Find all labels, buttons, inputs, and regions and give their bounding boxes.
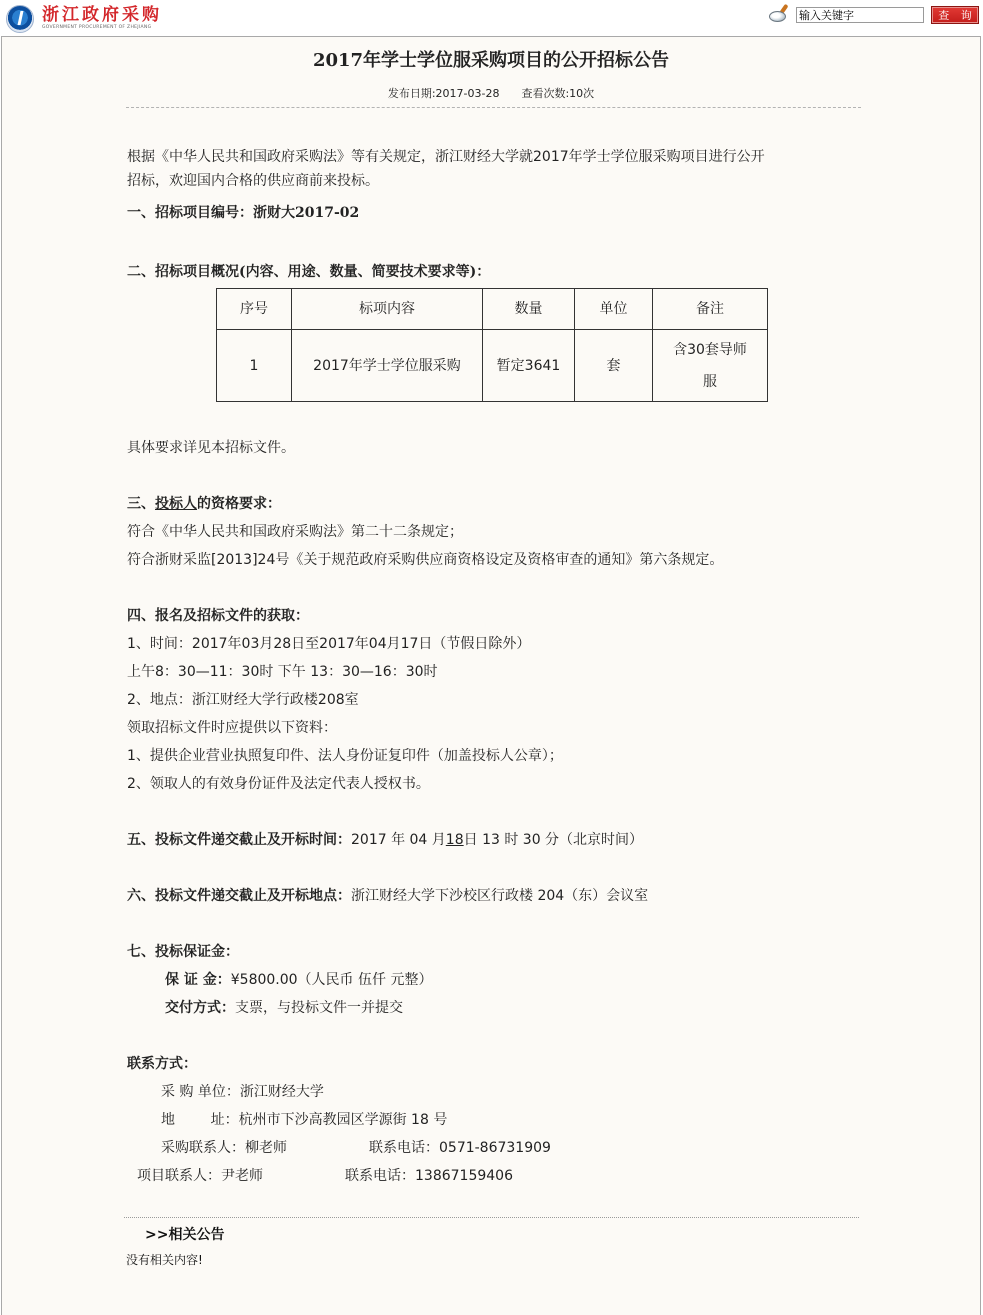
intro-text: 招标，欢迎国内合格的供应商前来投标。 bbox=[127, 170, 379, 190]
search-button[interactable]: 查 询 bbox=[931, 6, 979, 24]
deadline-line: 五、投标文件递交截止及开标时间：2017 年 04 月18日 13 时 30 分… bbox=[127, 829, 643, 849]
registration-time: 1、时间：2017年03月28日至2017年04月17日（节假日除外） bbox=[127, 633, 530, 653]
payment-line: 交付方式：支票，与投标文件一并提交 bbox=[165, 997, 403, 1017]
location-label: 六、投标文件递交截止及开标地点： bbox=[127, 888, 351, 904]
project-contact-phone: 联系电话：13867159406 bbox=[345, 1165, 513, 1185]
material-item: 1、提供企业营业执照复印件、法人身份证复印件（加盖投标人公章）； bbox=[127, 745, 563, 765]
search-input[interactable] bbox=[796, 7, 924, 23]
materials-heading: 领取招标文件时应提供以下资料： bbox=[127, 717, 337, 737]
deposit-label: 保 证 金： bbox=[165, 972, 231, 988]
deadline-day: 18 bbox=[446, 832, 464, 848]
table-header-cell: 备注 bbox=[653, 289, 768, 330]
deadline-label: 五、投标文件递交截止及开标时间： bbox=[127, 832, 351, 848]
deposit-value: ¥5800.00（人民币 伍仟 元整） bbox=[231, 972, 433, 988]
intro-text: 根据《中华人民共和国政府采购法》等有关规定，浙江财经大学就2017年学士学位服采… bbox=[127, 146, 765, 166]
logo-title: 浙江政府采购 bbox=[42, 7, 162, 24]
related-notices-title: >>相关公告 bbox=[145, 1224, 224, 1244]
items-table: 序号 标项内容 数量 单位 备注 1 2017年学士学位服采购 暂定3641 套… bbox=[216, 288, 768, 402]
table-cell: 暂定3641 bbox=[483, 330, 575, 402]
deposit-line: 保 证 金：¥5800.00（人民币 伍仟 元整） bbox=[165, 969, 432, 989]
divider bbox=[124, 1217, 859, 1218]
qualification-item: 符合浙财采监[2013]24号《关于规范政府采购供应商资格设定及资格审查的通知》… bbox=[127, 549, 723, 569]
table-cell: 含30套导师 服 bbox=[653, 330, 768, 402]
purchase-contact-phone: 联系电话：0571-86731909 bbox=[369, 1137, 551, 1157]
table-header-row: 序号 标项内容 数量 单位 备注 bbox=[217, 289, 768, 330]
view-count: 查看次数:10次 bbox=[521, 87, 594, 100]
material-item: 2、领取人的有效身份证件及法定代表人授权书。 bbox=[127, 773, 430, 793]
site-logo[interactable]: 浙江政府采购 GOVERNMENT PROCUREMENT OF ZHEJIAN… bbox=[6, 4, 162, 34]
deadline-value: 2017 年 04 月 bbox=[351, 832, 446, 848]
address-value: 杭州市下沙高教园区学源街 18 号 bbox=[239, 1112, 448, 1128]
table-cell: 套 bbox=[575, 330, 653, 402]
registration-place: 2、地点：浙江财经大学行政楼208室 bbox=[127, 689, 359, 709]
table-row: 1 2017年学士学位服采购 暂定3641 套 含30套导师 服 bbox=[217, 330, 768, 402]
details-note: 具体要求详见本招标文件。 bbox=[127, 437, 295, 457]
section-heading: 三、投标人的资格要求： bbox=[127, 493, 281, 513]
registration-hours: 上午8：30—11：30时 下午 13：30—16：30时 bbox=[127, 661, 438, 681]
page-title: 2017年学士学位服采购项目的公开招标公告 bbox=[2, 46, 980, 72]
table-header-cell: 数量 bbox=[483, 289, 575, 330]
table-header-cell: 标项内容 bbox=[292, 289, 483, 330]
purchase-contact-person: 采购联系人：柳老师 bbox=[161, 1137, 287, 1157]
publish-date: 发布日期:2017-03-28 bbox=[388, 87, 500, 100]
address-label: 地 址： bbox=[161, 1112, 239, 1128]
table-header-cell: 序号 bbox=[217, 289, 292, 330]
heading-prefix: 三、 bbox=[127, 496, 155, 512]
bidder-link[interactable]: 投标人 bbox=[155, 496, 197, 512]
divider bbox=[126, 107, 861, 108]
section-heading: 一、招标项目编号：浙财大2017-02 bbox=[127, 202, 359, 222]
magnifier-icon bbox=[768, 4, 790, 26]
article-meta: 发布日期:2017-03-28查看次数:10次 bbox=[2, 85, 980, 101]
project-contact-person: 项目联系人：尹老师 bbox=[137, 1165, 263, 1185]
contact-unit: 采 购 单位：浙江财经大学 bbox=[161, 1081, 324, 1101]
qualification-item: 符合《中华人民共和国政府采购法》第二十二条规定； bbox=[127, 521, 463, 541]
heading-suffix: 的资格要求： bbox=[197, 496, 281, 512]
table-header-cell: 单位 bbox=[575, 289, 653, 330]
contact-heading: 联系方式： bbox=[127, 1053, 197, 1073]
table-cell: 2017年学士学位服采购 bbox=[292, 330, 483, 402]
payment-value: 支票，与投标文件一并提交 bbox=[235, 1000, 403, 1016]
emblem-icon bbox=[6, 5, 34, 33]
location-value: 浙江财经大学下沙校区行政楼 204（东）会议室 bbox=[351, 888, 648, 904]
logo-subtitle: GOVERNMENT PROCUREMENT OF ZHEJIANG bbox=[42, 26, 162, 31]
section-heading: 四、报名及招标文件的获取： bbox=[127, 605, 309, 625]
section-heading: 七、投标保证金： bbox=[127, 941, 239, 961]
payment-label: 交付方式： bbox=[165, 1000, 235, 1016]
table-cell: 1 bbox=[217, 330, 292, 402]
top-bar: 浙江政府采购 GOVERNMENT PROCUREMENT OF ZHEJIAN… bbox=[0, 0, 983, 36]
note-line: 服 bbox=[653, 366, 767, 398]
note-line: 含30套导师 bbox=[653, 334, 767, 366]
search-area: 查 询 bbox=[768, 4, 979, 26]
related-empty-message: 没有相关内容! bbox=[126, 1251, 203, 1268]
location-line: 六、投标文件递交截止及开标地点：浙江财经大学下沙校区行政楼 204（东）会议室 bbox=[127, 885, 648, 905]
deadline-value: 日 13 时 30 分（北京时间） bbox=[464, 832, 643, 848]
section-heading: 二、招标项目概况(内容、用途、数量、简要技术要求等)： bbox=[127, 261, 490, 281]
contact-address: 地 址：杭州市下沙高教园区学源街 18 号 bbox=[161, 1109, 447, 1129]
